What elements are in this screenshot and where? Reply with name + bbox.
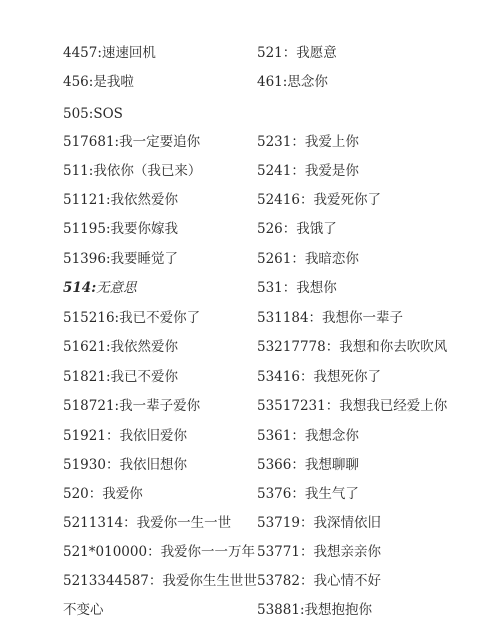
code-entry: 520：我爱你 xyxy=(63,486,143,502)
code-entry-continuation: 不变心 xyxy=(63,602,104,618)
document-page: 4457:速速回机 456:是我啦 505:SOS 517681:我一定要追你 … xyxy=(0,0,500,636)
code-entry: 5211314：我爱你一生一世 xyxy=(63,515,231,531)
code-entry: 5366：我想聊聊 xyxy=(257,457,359,473)
code-entry: 51921：我依旧爱你 xyxy=(63,428,187,444)
code-entry: 52416：我爱死你了 xyxy=(257,192,381,208)
code-entry: 53719：我深情依旧 xyxy=(257,515,381,531)
code-entry: 5213344587：我爱你生生世世 xyxy=(63,573,257,589)
code-entry: 518721:我一辈子爱你 xyxy=(63,398,200,414)
code-entry: 51396:我要睡觉了 xyxy=(63,251,178,267)
code-entry: 526：我饿了 xyxy=(257,221,337,237)
code-entry: 51195:我要你嫁我 xyxy=(63,221,178,237)
code-entry: 531184：我想你一辈子 xyxy=(257,310,403,326)
code-entry: 515216:我已不爱你了 xyxy=(63,310,200,326)
code-entry: 456:是我啦 xyxy=(63,74,134,90)
code-entry: 5361：我想念你 xyxy=(257,428,359,444)
code-entry: 53771：我想亲亲你 xyxy=(257,544,381,560)
code-entry: 521*010000：我爱你一一万年 xyxy=(63,544,255,560)
code-entry-emphasized: 514:无意思 xyxy=(63,280,137,296)
code-entry: 51621:我依然爱你 xyxy=(63,339,178,355)
code-entry: 51930：我依旧想你 xyxy=(63,457,187,473)
code-entry: 53881:我想抱抱你 xyxy=(257,602,372,618)
code-entry: 53517231：我想我已经爱上你 xyxy=(257,398,447,414)
code-entry: 4457:速速回机 xyxy=(63,45,156,61)
code-entry: 53217778：我想和你去吹吹风 xyxy=(257,339,447,355)
code-entry: 51821:我已不爱你 xyxy=(63,369,178,385)
code-entry: 517681:我一定要追你 xyxy=(63,134,200,150)
code-entry: 5241：我爱是你 xyxy=(257,163,359,179)
code-entry: 531：我想你 xyxy=(257,280,337,296)
code-entry: 511:我依你（我已来） xyxy=(63,163,201,179)
code-entry: 5231：我爱上你 xyxy=(257,134,359,150)
code-entry: 53782：我心情不好 xyxy=(257,573,381,589)
code-entry: 505:SOS xyxy=(63,106,123,122)
code-entry: 5376：我生气了 xyxy=(257,486,359,502)
code-entry: 51121:我依然爱你 xyxy=(63,192,178,208)
code-entry: 53416：我想死你了 xyxy=(257,369,381,385)
code-entry: 521：我愿意 xyxy=(257,45,337,61)
code-entry: 5261：我暗恋你 xyxy=(257,251,359,267)
code-entry: 461:思念你 xyxy=(257,74,328,90)
